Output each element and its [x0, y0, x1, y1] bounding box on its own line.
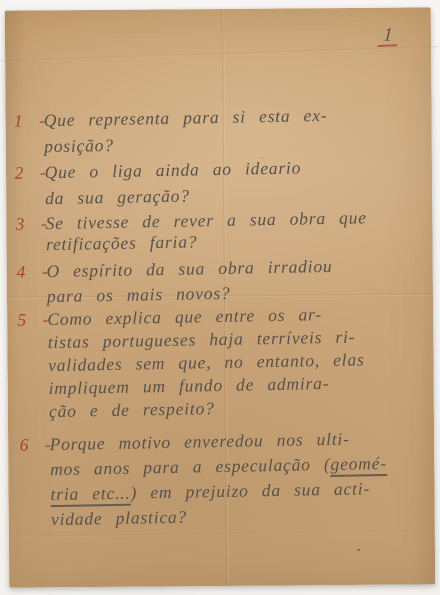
question-text-segment: ) em prejuizo da sua acti-	[130, 478, 370, 502]
question-text-segment: Que o liga ainda ao ideario	[44, 157, 301, 182]
question-text-segment: Porque motivo enveredou nos ulti-	[49, 429, 349, 454]
question-text-segment: da sua geração?	[45, 186, 190, 209]
question-number: 2 -	[14, 159, 44, 186]
question-text-underlined: geomé-	[330, 453, 387, 477]
question-text-segment: Como explica que entre os ar-	[47, 304, 322, 329]
question-text-segment: mos anos para a especulação (	[50, 454, 331, 479]
question-text-segment: ção e de respeito?	[49, 398, 215, 421]
question-3: 3 -Se tivesse de rever a sua obra queret…	[15, 206, 428, 256]
question-text-segment: Que representa para si esta ex-	[44, 105, 328, 130]
question-text-segment: posição?	[44, 135, 114, 156]
manuscript-page: 1 1 -Que representa para si esta ex-posi…	[5, 7, 436, 587]
question-text-segment: O espírito da sua obra irradiou	[46, 256, 332, 281]
question-text-segment: para os mais novos?	[47, 283, 231, 306]
question-4: 4 -O espírito da sua obra irradioupara o…	[16, 252, 429, 310]
questions-list: 1 -Que representa para si esta ex-posiçã…	[2, 5, 439, 590]
question-5: 5 -Como explica que entre os ar-tistas p…	[17, 301, 431, 424]
question-number: 6 -	[19, 432, 49, 458]
question-number: 4 -	[16, 259, 46, 285]
question-text-segment: vidade plastica?	[51, 507, 187, 529]
question-text-segment: tistas portugueses haja terríveis ri-	[48, 327, 356, 353]
question-1: 1 -Que representa para si esta ex-posiçã…	[13, 100, 426, 160]
photo-backdrop: 1 1 -Que representa para si esta ex-posi…	[0, 0, 440, 595]
question-number: 3 -	[15, 213, 45, 235]
question-text-underlined: tria etc...	[50, 483, 130, 507]
question-number: 5 -	[17, 308, 47, 332]
question-2: 2 -Que o liga ainda ao idearioda sua ger…	[14, 152, 427, 212]
question-number: 1 -	[13, 107, 43, 134]
question-text-segment: retificações faria?	[46, 231, 198, 254]
question-6: 6 -Porque motivo enveredou nos ulti-mos …	[19, 425, 433, 533]
question-text-segment: impliquem um fundo de admira-	[48, 373, 329, 398]
